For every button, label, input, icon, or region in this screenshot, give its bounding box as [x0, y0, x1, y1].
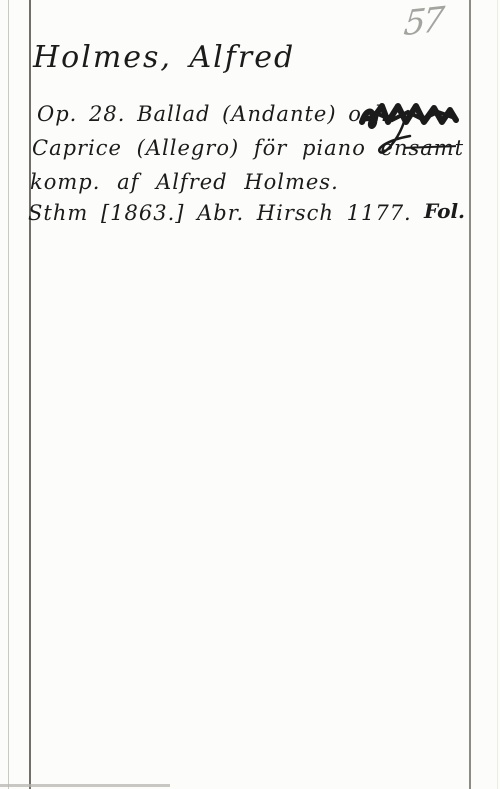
entry-line-2: Caprice (Allegro) för piano ensamt — [32, 136, 464, 160]
scan-edge-line — [497, 0, 498, 789]
scan-edge-smudge — [0, 784, 170, 787]
left-margin-rule-light — [8, 0, 9, 789]
catalog-card-page: 57 Holmes, Alfred Op. 28. Ballad (Andant… — [0, 0, 500, 789]
pencil-folio-number: 57 — [402, 0, 443, 44]
entry-line-3: komp. af Alfred Holmes. — [30, 170, 339, 194]
left-margin-rule-dark — [29, 0, 31, 789]
entry-line-1: Op. 28. Ballad (Andante) och — [37, 102, 389, 126]
entry-imprint: Sthm [1863.] Abr. Hirsch 1177. — [28, 201, 412, 225]
format-label: Fol. — [424, 199, 465, 223]
entry-heading: Holmes, Alfred — [33, 40, 295, 75]
right-margin-rule — [469, 0, 471, 789]
